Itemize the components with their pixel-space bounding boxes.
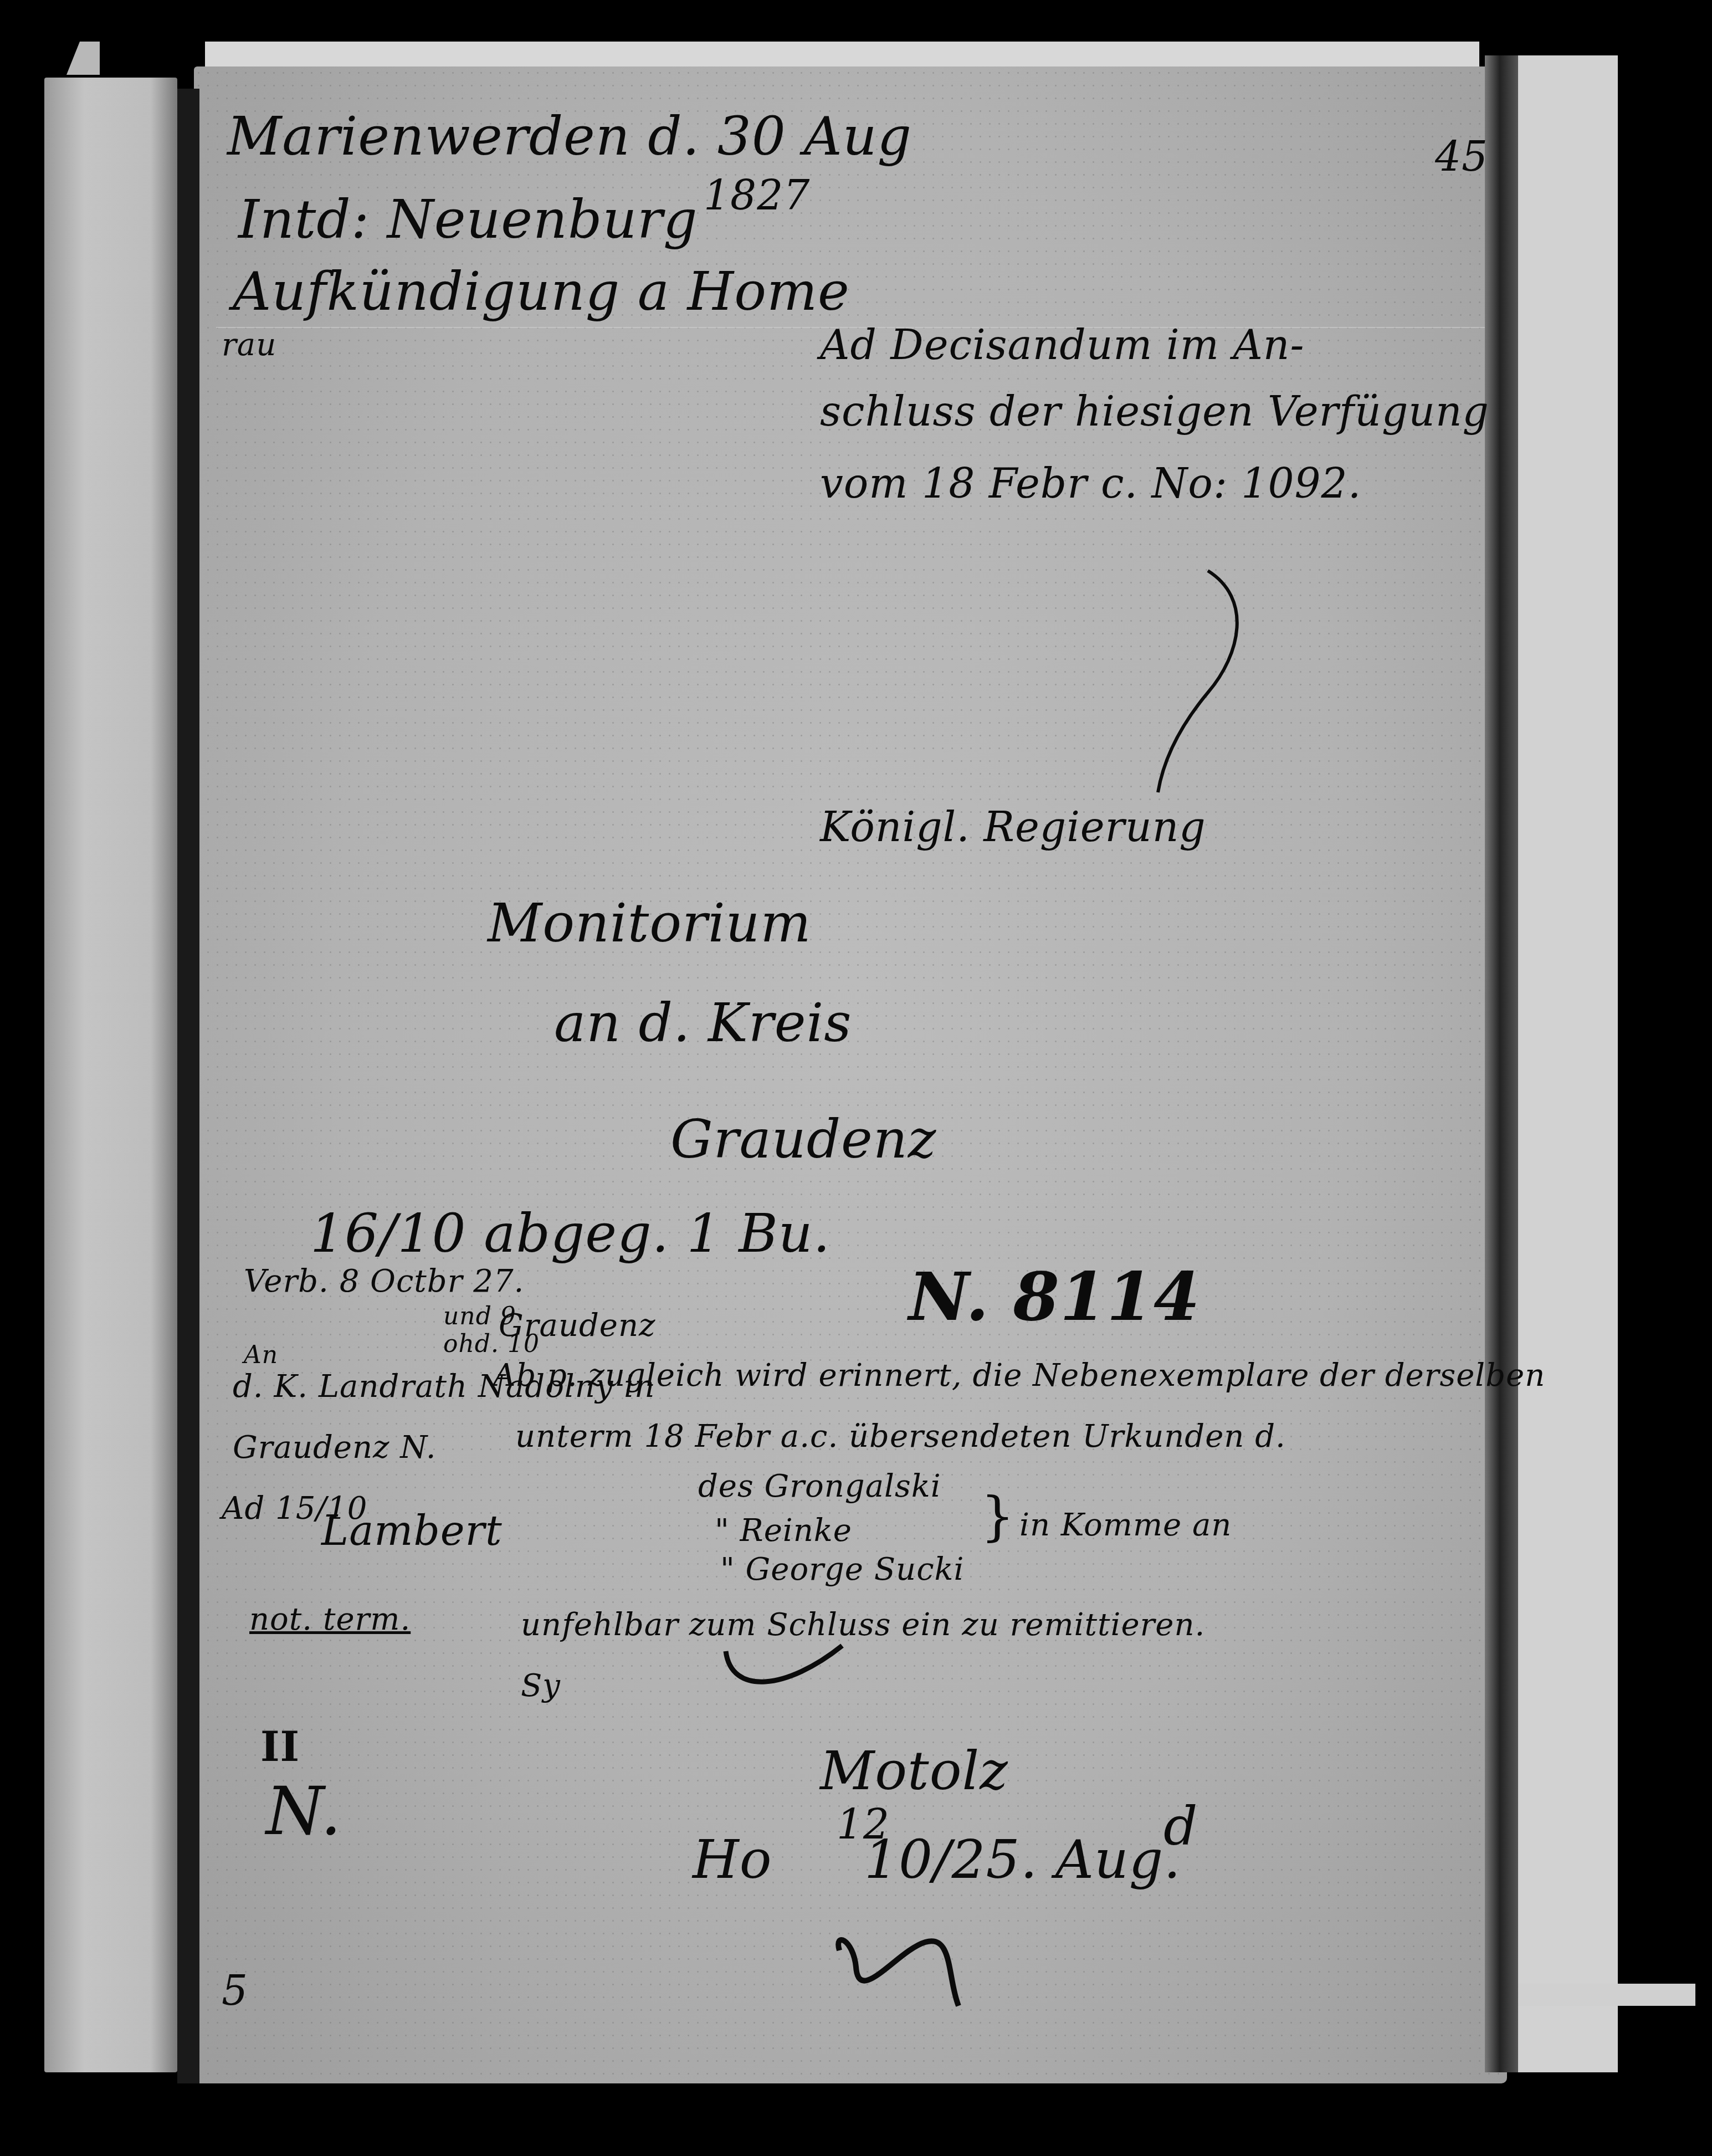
subject-line-2: schluss der hiesigen Verfügung bbox=[820, 388, 1489, 436]
margin-note-9: not. term. bbox=[249, 1601, 411, 1637]
year: 1827 bbox=[704, 172, 810, 219]
subject-line-3: vom 18 Febr c. No: 1092. bbox=[820, 460, 1361, 508]
subject-line-1: Ad Decisandum im An- bbox=[820, 321, 1305, 369]
body-line-1: Graudenz bbox=[499, 1308, 656, 1344]
body-line-5: " Reinke bbox=[715, 1513, 852, 1549]
left-paper-flap bbox=[44, 78, 177, 2072]
body-line-3: unterm 18 Febr a.c. übersendeten Urkunde… bbox=[515, 1418, 1286, 1455]
signature-name: Motolz bbox=[820, 1740, 1008, 1802]
binding-spine bbox=[177, 89, 199, 2083]
bottom-number: 5 bbox=[222, 1967, 248, 2015]
body-line-8: unfehlbar zum Schluss ein zu remittieren… bbox=[521, 1607, 1205, 1643]
margin-roman-numeral: II bbox=[260, 1723, 300, 1771]
addressee-line-1: Monitorium bbox=[488, 892, 811, 954]
body-line-2: Ab p. zugleich wird erinnert, die Nebene… bbox=[493, 1358, 1545, 1394]
header-line-2: Intd: Neuenburg bbox=[238, 188, 698, 250]
addressee-line-3: Graudenz bbox=[670, 1108, 936, 1170]
margin-note-1: Verb. 8 Octbr 27. bbox=[244, 1263, 524, 1299]
body-line-9: Sy bbox=[521, 1668, 561, 1704]
margin-note-8: Lambert bbox=[321, 1507, 503, 1555]
brace: } bbox=[981, 1485, 1015, 1547]
signature-mark: d bbox=[1163, 1795, 1198, 1857]
registry-note: Königl. Regierung bbox=[820, 803, 1206, 851]
body-line-4: des Grongalski bbox=[698, 1468, 941, 1504]
body-flourish bbox=[720, 1635, 848, 1696]
margin-note-6: Graudenz N. bbox=[233, 1430, 437, 1466]
paraph-flourish bbox=[831, 1928, 975, 2011]
body-line-7: in Komme an bbox=[1019, 1507, 1232, 1543]
signature-date-line-2: 10/25. Aug. bbox=[864, 1829, 1181, 1891]
folio-number: 45 bbox=[1435, 133, 1488, 181]
margin-note-4: An bbox=[244, 1341, 278, 1369]
header-line-3: Aufkündigung a Home bbox=[233, 260, 850, 322]
signature-initials: Ho bbox=[693, 1829, 772, 1891]
right-paper-strip bbox=[1513, 55, 1618, 2072]
dispatch-line: 16/10 abgeg. 1 Bu. bbox=[310, 1202, 831, 1264]
page-edge-shadow bbox=[1485, 55, 1518, 2072]
body-line-6: " George Sucki bbox=[720, 1551, 964, 1587]
number-stamp: N. 8114 bbox=[909, 1258, 1201, 1336]
header-line-4: rau bbox=[222, 327, 276, 363]
place-date-line: Marienwerden d. 30 Aug bbox=[227, 105, 912, 167]
addressee-line-2: an d. Kreis bbox=[554, 992, 852, 1054]
margin-mark: N. bbox=[266, 1773, 342, 1850]
flourish-stroke bbox=[1141, 565, 1263, 798]
